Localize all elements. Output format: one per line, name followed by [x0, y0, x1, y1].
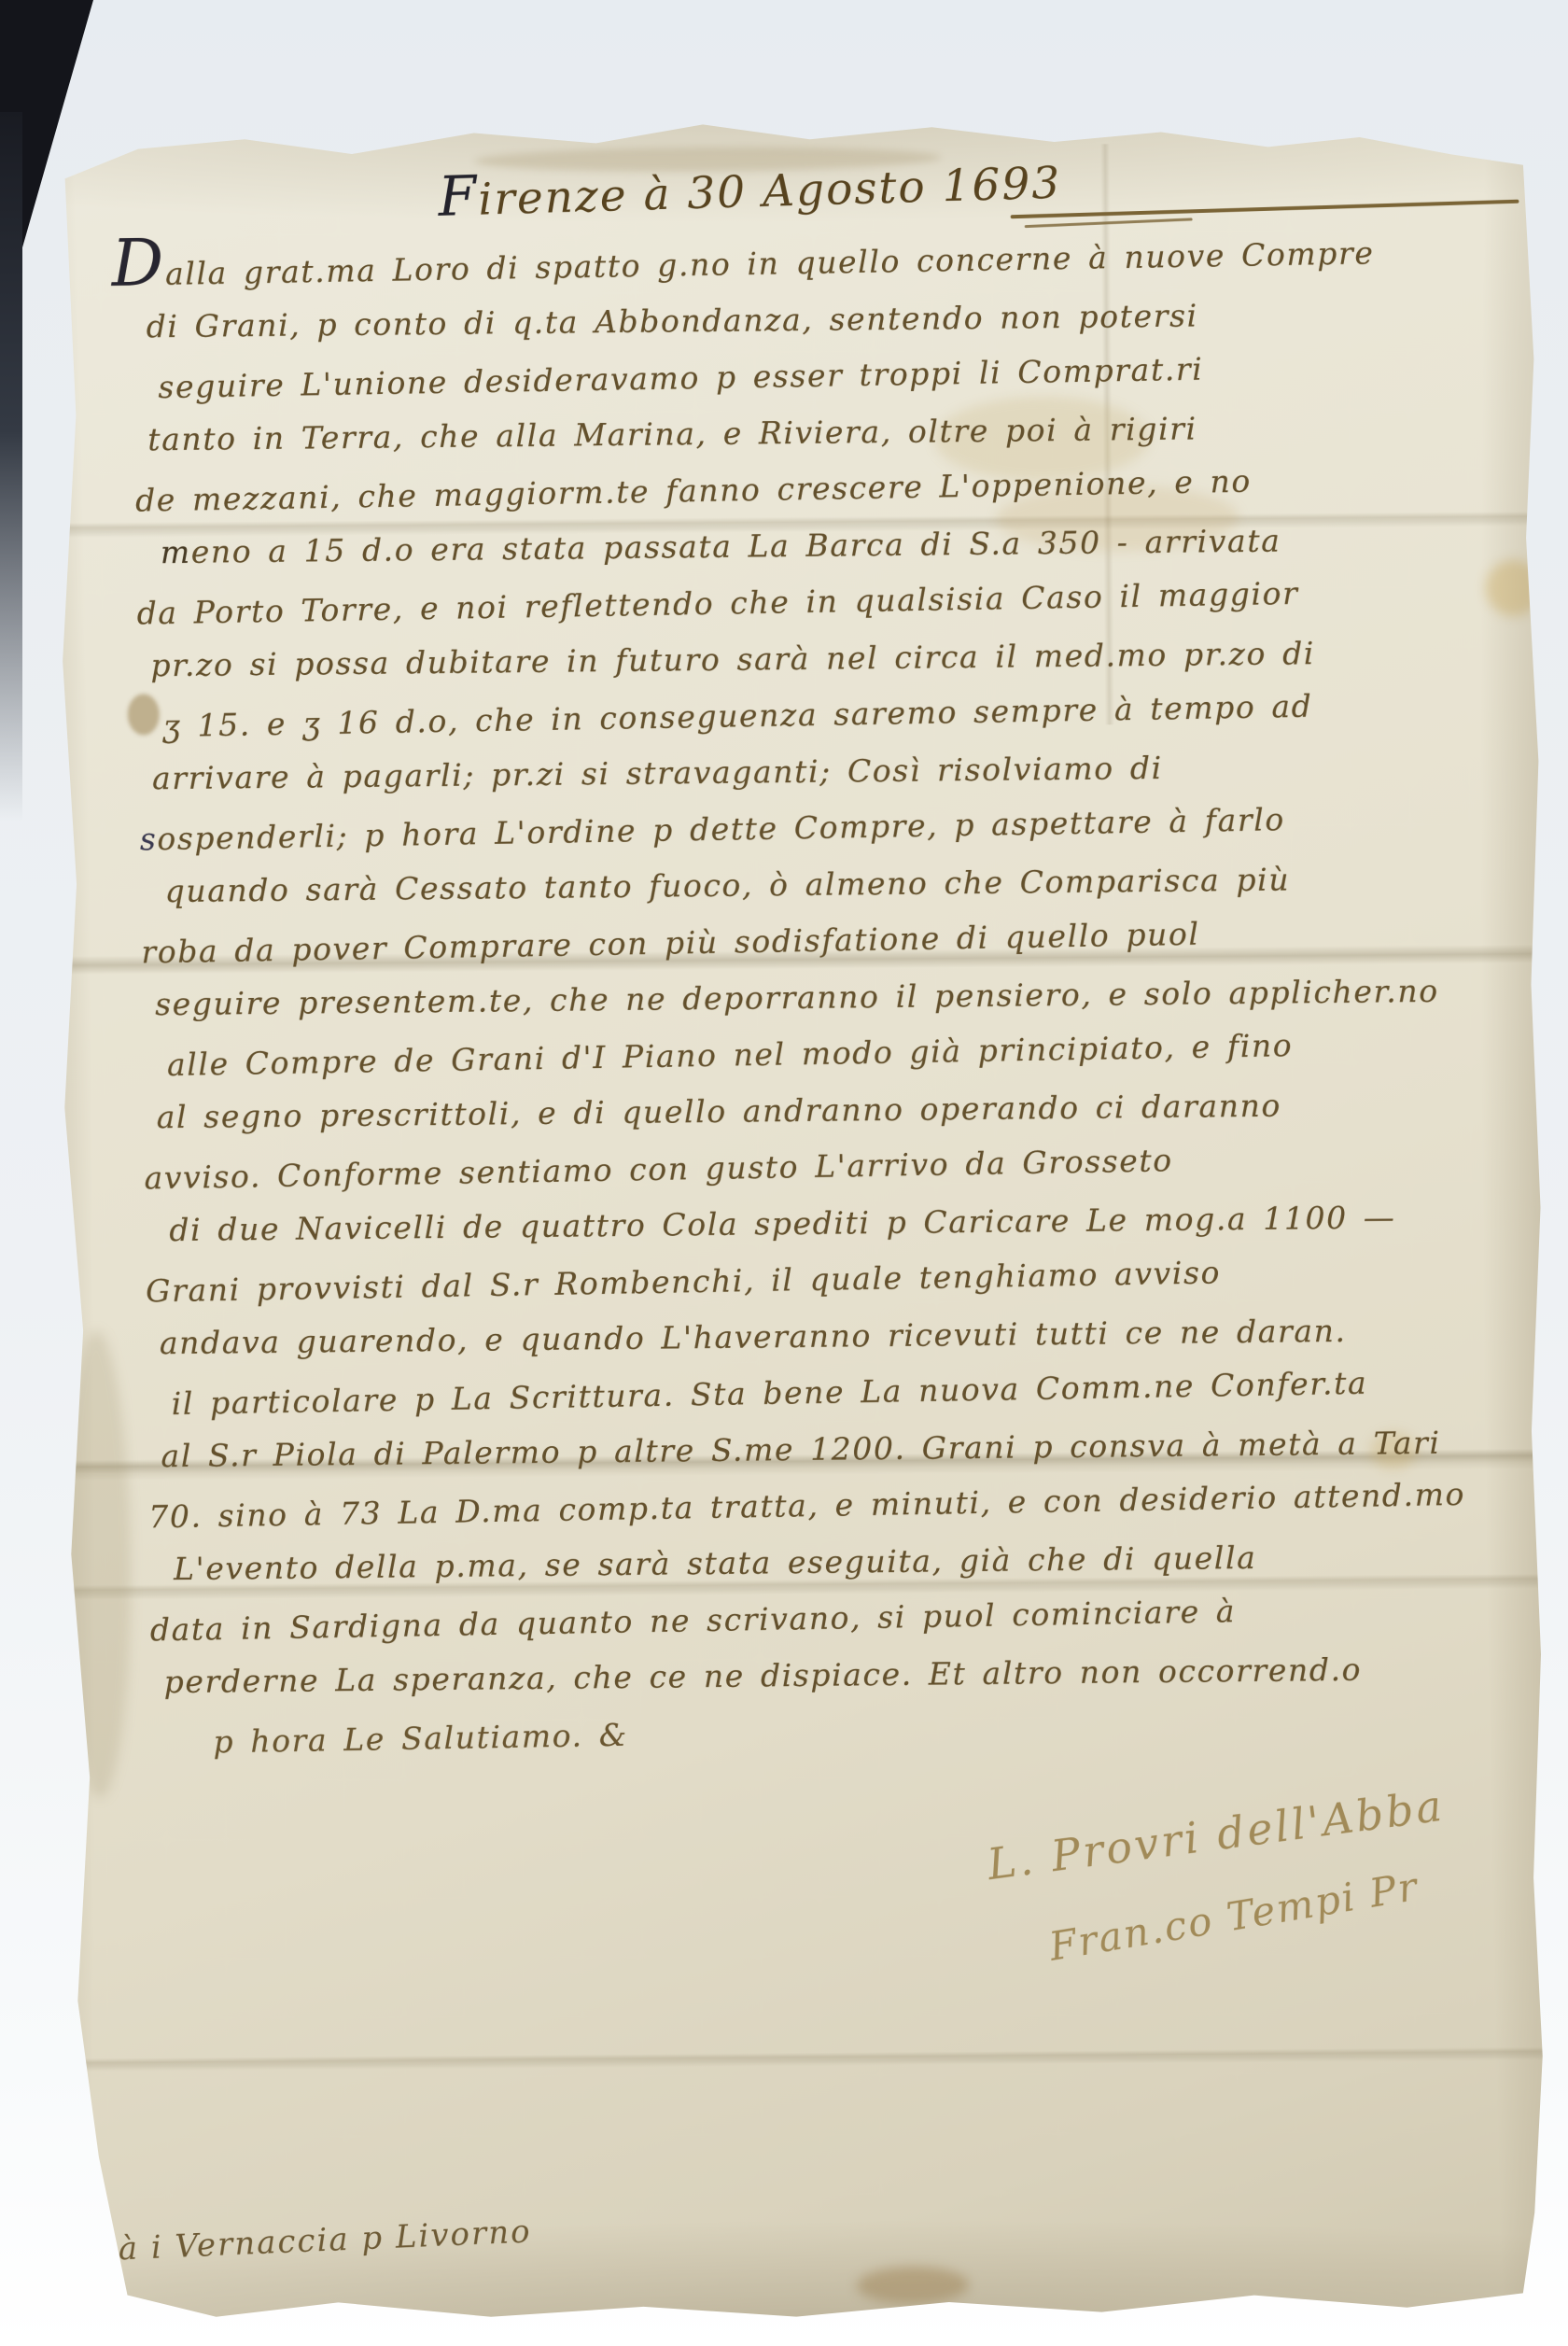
stain [857, 2267, 969, 2305]
photograph-of-letter: Firenze à 30 Agosto 1693 Dalla grat.ma L… [0, 0, 1568, 2346]
dateline-flourish [1025, 218, 1193, 228]
fold-crease [31, 2047, 1558, 2072]
stain [63, 1330, 133, 1798]
signature-line-2: Fran.co Tempi Pr [1046, 1863, 1422, 1970]
dateline-flourish [1011, 200, 1519, 219]
dateline: Firenze à 30 Agosto 1693 [438, 147, 1062, 229]
address-note: à i Vernaccia p Livorno [118, 2213, 532, 2268]
letter-body: Dalla grat.ma Loro di spatto g.no in que… [133, 235, 1524, 1778]
photo-background-edge [0, 112, 22, 822]
paper-sheet: Firenze à 30 Agosto 1693 Dalla grat.ma L… [16, 91, 1561, 2337]
